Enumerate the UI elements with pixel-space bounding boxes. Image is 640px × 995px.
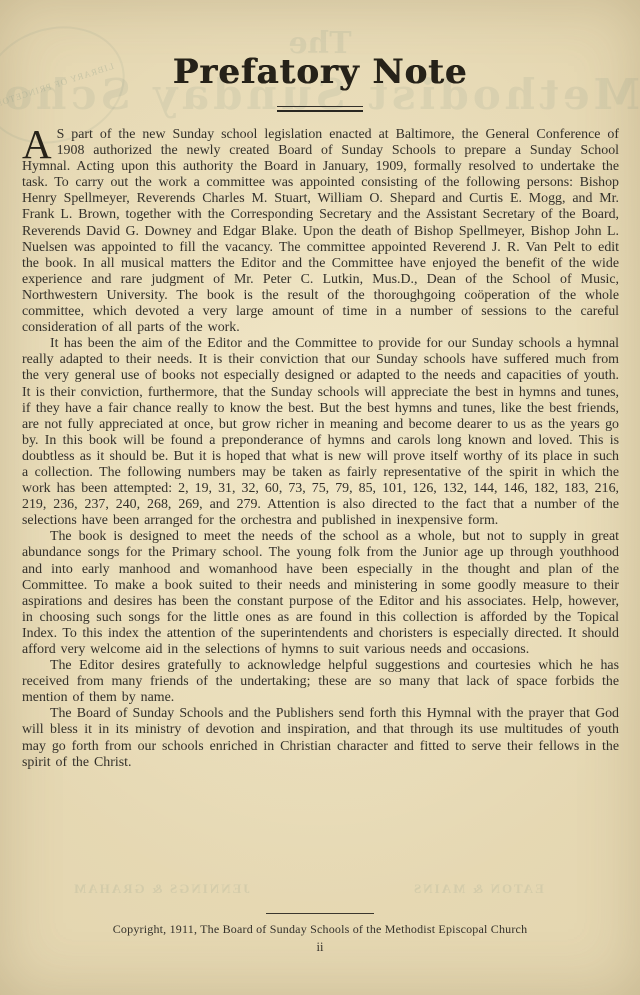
page-title: Prefatory Note xyxy=(0,0,640,92)
body-paragraph-2: It has been the aim of the Editor and th… xyxy=(22,336,619,529)
bleed-through-publisher-right: EATON & MAINS xyxy=(412,881,544,897)
prefatory-note-body: AS part of the new Sunday school legisla… xyxy=(22,127,619,771)
body-paragraph-5: The Board of Sunday Schools and the Publ… xyxy=(22,706,619,770)
bleed-through-publisher-left: JENNINGS & GRAHAM xyxy=(72,881,250,897)
body-paragraph-4: The Editor desires gratefully to acknowl… xyxy=(22,658,619,706)
footer-divider-rule xyxy=(266,913,374,914)
scanned-book-page: LIBRARY OF PRINCETON The Methodist Sunda… xyxy=(0,0,640,995)
title-divider-rule xyxy=(277,106,363,112)
page-footer: Copyright, 1911, The Board of Sunday Sch… xyxy=(0,913,640,955)
body-paragraph-1: AS part of the new Sunday school legisla… xyxy=(22,127,619,336)
copyright-line: Copyright, 1911, The Board of Sunday Sch… xyxy=(0,922,640,937)
page-number: ii xyxy=(0,940,640,955)
body-paragraph-3: The book is designed to meet the needs o… xyxy=(22,529,619,658)
